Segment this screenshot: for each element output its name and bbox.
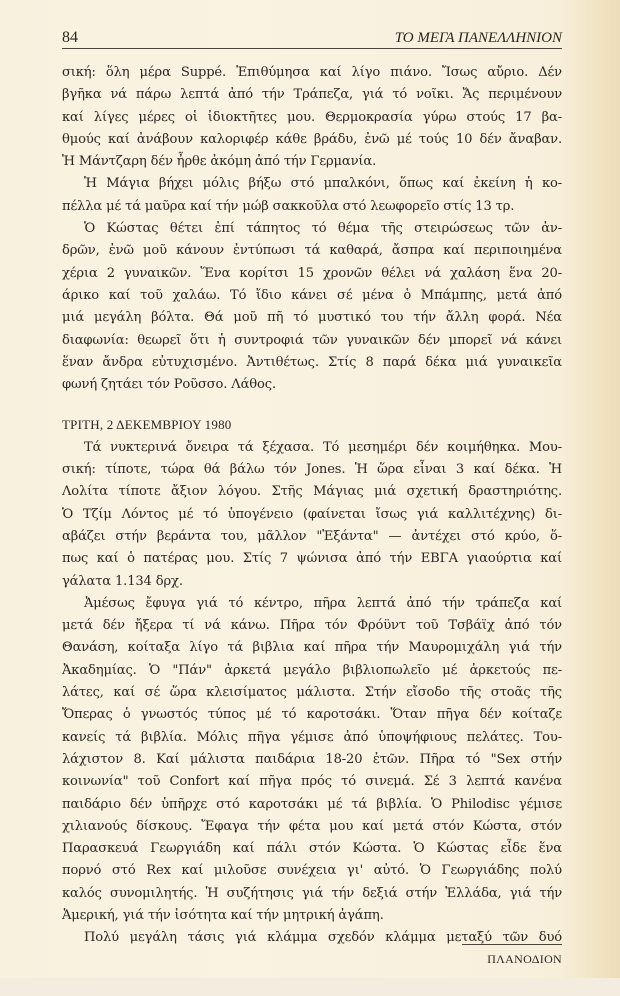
text-line: χέρια 2 γυναικῶν. Ἕνα κορίτσι 15 χρονῶν … bbox=[62, 263, 562, 285]
paragraph: Πολύ μεγάλη τάσις γιά κλάμμα σχεδόν κλάμ… bbox=[62, 927, 562, 949]
paragraph: σική: ὅλη μέρα Suppé. Ἐπιθύμησα καί λίγο… bbox=[62, 62, 562, 173]
text-line: παιδάριο δέν ὑπῆρχε στό καροτσάκι μέ τά … bbox=[62, 794, 562, 816]
text-line: πορνό στό Rex καί μιλοῦσε συνέχεια γι' α… bbox=[62, 860, 562, 882]
text-line: δρῶν, ἐνῶ μοῦ κάνουν ἐντύπωσι τά καθαρά,… bbox=[62, 240, 562, 262]
text-line: Πολύ μεγάλη τάσις γιά κλάμμα σχεδόν κλάμ… bbox=[62, 927, 562, 949]
scan-margin bbox=[0, 978, 620, 996]
text-line: κοινωνία" τοῦ Confort καί πῆγα πρός τό σ… bbox=[62, 771, 562, 793]
text-line: λάχιστον 8. Καί μάλιστα παιδάρια 18-20 ἐ… bbox=[62, 749, 562, 771]
footer-rule bbox=[462, 944, 562, 945]
body-text: σική: ὅλη μέρα Suppé. Ἐπιθύμησα καί λίγο… bbox=[62, 62, 562, 950]
text-line: Τά νυκτερινά ὄνειρα τά ξέχασα. Τό μεσημέ… bbox=[62, 437, 562, 459]
text-line: χιλιανούς δίσκους. Ἔφαγα τήν φέτα μου κα… bbox=[62, 816, 562, 838]
running-title: ΤΟ ΜΕΓΑ ΠΑΝΕΛΛΗΝΙΟΝ bbox=[395, 29, 562, 48]
text-line: πως καί ὁ πατέρας μου. Στίς 7 ψώνισα ἀπό… bbox=[62, 548, 562, 570]
text-line: φωνή ζητάει τόν Ρoῦσσο. Λάθος. bbox=[62, 374, 562, 396]
text-line: ἕναν ἄνδρα εὐτυχισμένο. Ἀντιθέτως. Στίς … bbox=[62, 352, 562, 374]
text-line: Ἀκαδημίας. Ὁ "Πάν" ἀρκετά μεγάλο βιβλιοπ… bbox=[62, 660, 562, 682]
text-line: λάτες, καί σέ ὥρα κλεισίματος μάλιστα. Σ… bbox=[62, 682, 562, 704]
text-line: γάλατα 1.134 δρχ. bbox=[62, 571, 562, 593]
text-line: Ἀμέσως ἔφυγα γιά τό κέντρο, πῆρα λεπτά ἀ… bbox=[62, 593, 562, 615]
diary-date-heading: ΤΡΙΤΗ, 2 ΔΕΚΕΜΒΡΙΟΥ 1980 bbox=[62, 414, 562, 436]
entry-tuesday-2-december-1980: Τά νυκτερινά ὄνειρα τά ξέχασα. Τό μεσημέ… bbox=[62, 437, 562, 950]
text-line: Ἡ Μάγια βήχει μόλις βήξω στό μπαλκόνι, ὅ… bbox=[62, 173, 562, 195]
text-line: σική: τίποτε, τώρα θά βάλω τόν Jones. Ἡ … bbox=[62, 459, 562, 481]
text-line: μετά δέν ἤξερα τί νά κάνω. Πῆρα τόν Φρόϋ… bbox=[62, 615, 562, 637]
text-line: Ἡ Μάντζαρη δέν ἦρθε ἀκόμη ἀπό τήν Γερμαν… bbox=[62, 151, 562, 173]
text-line: Λολίτα τίποτε ἄξιον λόγου. Στῆς Μάγιας μ… bbox=[62, 481, 562, 503]
text-line: διαφωνία: θεωρεῖ ὅτι ἡ συντροφιά τῶν γυν… bbox=[62, 330, 562, 352]
footer-publisher-label: ΠΛΑΝΟΔΙΟΝ bbox=[462, 952, 562, 967]
text-line: κανείς τά βιβλία. Μόλις πῆγα γέμισε ἀπό … bbox=[62, 727, 562, 749]
page-number: 84 bbox=[62, 29, 78, 48]
paragraph: Τά νυκτερινά ὄνειρα τά ξέχασα. Τό μεσημέ… bbox=[62, 437, 562, 593]
text-line: Ὁ Κώστας θέτει ἐπί τάπητος τό θέμα τῆς σ… bbox=[62, 218, 562, 240]
text-line: βγῆκα νά πάρω λεπτά ἀπό τήν Τράπεζα, γιά… bbox=[62, 84, 562, 106]
text-line: αβάζει στήν βεράντα του, μᾶλλον "Ἐξάντα"… bbox=[62, 526, 562, 548]
text-line: καλός συνομιλητής. Ἡ συζήτησις γιά τήν δ… bbox=[62, 883, 562, 905]
page-header: 84 ΤΟ ΜΕΓΑ ΠΑΝΕΛΛΗΝΙΟΝ bbox=[62, 28, 562, 49]
text-line: Ἀμερική, γιά τήν ἰσότητα καί τήν μητρική… bbox=[62, 905, 562, 927]
text-line: Παρασκευά Γεωργιάδη καί πάλι στόν Κώστα.… bbox=[62, 838, 562, 860]
text-line: θμούς καί ἀνάβουν καλοριφέρ κάθε βράδυ, … bbox=[62, 129, 562, 151]
entry-previous-day: σική: ὅλη μέρα Suppé. Ἐπιθύμησα καί λίγο… bbox=[62, 62, 562, 396]
text-line: πέλλα μέ τά μαῦρα καί τήν μώβ σακκοῦλα σ… bbox=[62, 196, 562, 218]
text-line: μιά μεγάλη βόλτα. Θά μοῦ πῆ τό μυστικό τ… bbox=[62, 307, 562, 329]
paragraph: Ὁ Κώστας θέτει ἐπί τάπητος τό θέμα τῆς σ… bbox=[62, 218, 562, 396]
paragraph: Ἡ Μάγια βήχει μόλις βήξω στό μπαλκόνι, ὅ… bbox=[62, 173, 562, 218]
text-line: Θανάση, κοίταξα λίγο τά βιβλια καί πῆρα … bbox=[62, 637, 562, 659]
paragraph: Ἀμέσως ἔφυγα γιά τό κέντρο, πῆρα λεπτά ἀ… bbox=[62, 593, 562, 927]
text-line: Ὄπερας ὁ γνωστός τύπος μέ τό καροτσάκι. … bbox=[62, 704, 562, 726]
text-line: καί λίγες μέρες οἱ ἰδιοκτῆτες μου. Θερμο… bbox=[62, 107, 562, 129]
text-line: άρικο καί τοῦ χαλάω. Τό ἴδιο κάνει σέ μέ… bbox=[62, 285, 562, 307]
text-line: σική: ὅλη μέρα Suppé. Ἐπιθύμησα καί λίγο… bbox=[62, 62, 562, 84]
text-line: Ὁ Τζίμ Λόντος μέ τό ὑπογένειο (φαίνεται … bbox=[62, 504, 562, 526]
